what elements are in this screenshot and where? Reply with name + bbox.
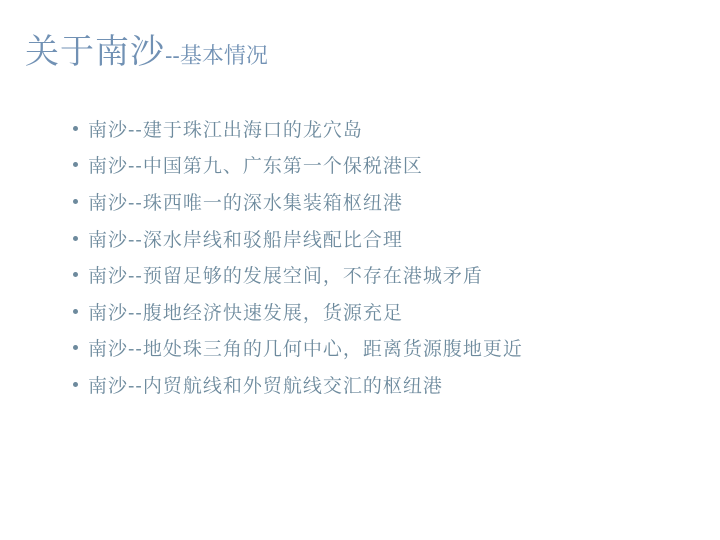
bullet-icon (73, 382, 78, 387)
slide-title-main: 关于南沙 (25, 32, 165, 72)
list-item: 南沙--珠西唯一的深水集装箱枢纽港 (73, 183, 523, 220)
list-item: 南沙--中国第九、广东第一个保税港区 (73, 147, 523, 184)
list-item: 南沙--内贸航线和外贸航线交汇的枢纽港 (73, 366, 523, 403)
bullet-icon (73, 162, 78, 167)
bullet-icon (73, 126, 78, 131)
bullet-icon (73, 309, 78, 314)
bullet-text: 南沙--建于珠江出海口的龙穴岛 (88, 115, 363, 142)
bullet-text: 南沙--腹地经济快速发展，货源充足 (88, 298, 403, 325)
list-item: 南沙--建于珠江出海口的龙穴岛 (73, 110, 523, 147)
slide-title-sub: --基本情况 (165, 44, 268, 69)
bullet-text: 南沙--中国第九、广东第一个保税港区 (88, 151, 423, 178)
bullet-text: 南沙--地处珠三角的几何中心，距离货源腹地更近 (88, 334, 523, 361)
bullet-icon (73, 236, 78, 241)
list-item: 南沙--预留足够的发展空间，不存在港城矛盾 (73, 256, 523, 293)
list-item: 南沙--地处珠三角的几何中心，距离货源腹地更近 (73, 330, 523, 367)
bullet-text: 南沙--预留足够的发展空间，不存在港城矛盾 (88, 261, 483, 288)
slide-title: 关于南沙--基本情况 (25, 34, 268, 71)
presentation-slide: 关于南沙--基本情况 南沙--建于珠江出海口的龙穴岛 南沙--中国第九、广东第一… (0, 0, 720, 540)
list-item: 南沙--腹地经济快速发展，货源充足 (73, 293, 523, 330)
bullet-icon (73, 199, 78, 204)
bullet-text: 南沙--内贸航线和外贸航线交汇的枢纽港 (88, 371, 443, 398)
list-item: 南沙--深水岸线和驳船岸线配比合理 (73, 220, 523, 257)
bullet-list: 南沙--建于珠江出海口的龙穴岛 南沙--中国第九、广东第一个保税港区 南沙--珠… (73, 110, 523, 403)
bullet-icon (73, 272, 78, 277)
bullet-icon (73, 345, 78, 350)
bullet-text: 南沙--珠西唯一的深水集装箱枢纽港 (88, 188, 403, 215)
bullet-text: 南沙--深水岸线和驳船岸线配比合理 (88, 225, 403, 252)
